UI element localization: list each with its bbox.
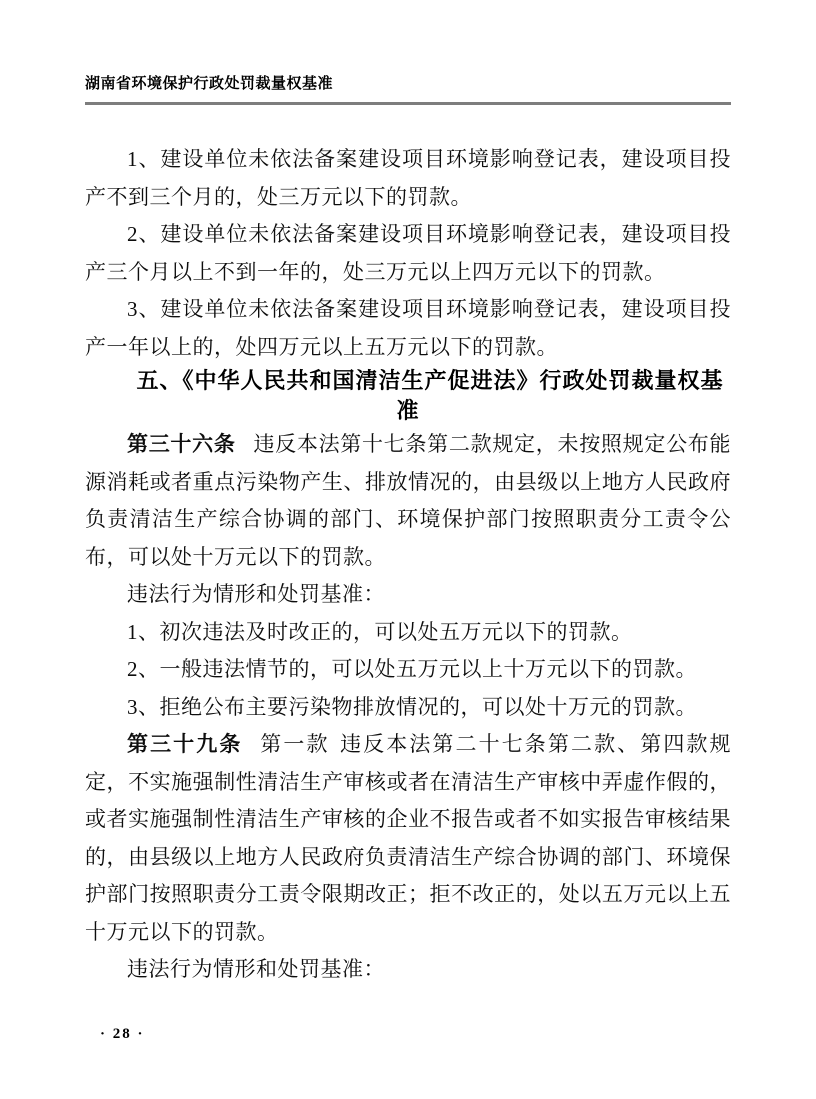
registration-item-1: 1、建设单位未依法备案建设项目环境影响登记表，建设项目投产不到三个月的，处三万元… [85, 141, 731, 216]
article-39-text: 违反本法第二十七条第二款、第四款规定，不实施强制性清洁生产审核或者在清洁生产审核… [85, 732, 731, 944]
article-39-criteria-label: 违法行为情形和处罚基准： [85, 951, 731, 989]
running-header: 湖南省环境保护行政处罚裁量权基准 [85, 0, 731, 105]
header-rule [85, 102, 731, 105]
article-39-paragraph: 第三十九条第一款违反本法第二十七条第二款、第四款规定，不实施强制性清洁生产审核或… [85, 726, 731, 951]
running-header-title: 湖南省环境保护行政处罚裁量权基准 [85, 76, 731, 92]
section-heading: 五、《中华人民共和国清洁生产促进法》行政处罚裁量权基准 [85, 366, 731, 426]
document-body: 1、建设单位未依法备案建设项目环境影响登记表，建设项目投产不到三个月的，处三万元… [85, 141, 731, 989]
registration-item-2: 2、建设单位未依法备案建设项目环境影响登记表，建设项目投产三个月以上不到一年的，… [85, 216, 731, 291]
article-39-clause: 第一款 [260, 732, 329, 756]
article-36-number: 第三十六条 [127, 433, 236, 456]
article-36-criteria-item-3: 3、拒绝公布主要污染物排放情况的，可以处十万元的罚款。 [85, 689, 731, 727]
article-36-paragraph: 第三十六条违反本法第十七条第二款规定，未按照规定公布能源消耗或者重点污染物产生、… [85, 426, 731, 576]
document-page: 湖南省环境保护行政处罚裁量权基准 1、建设单位未依法备案建设项目环境影响登记表，… [0, 0, 816, 1099]
article-36-criteria-item-1: 1、初次违法及时改正的，可以处五万元以下的罚款。 [85, 614, 731, 652]
registration-item-3: 3、建设单位未依法备案建设项目环境影响登记表，建设项目投产一年以上的，处四万元以… [85, 291, 731, 366]
page-content: 湖南省环境保护行政处罚裁量权基准 1、建设单位未依法备案建设项目环境影响登记表，… [85, 0, 731, 989]
article-36-criteria-label: 违法行为情形和处罚基准： [85, 576, 731, 614]
page-number: · 28 · [100, 1026, 145, 1043]
article-36-criteria-item-2: 2、一般违法情节的，可以处五万元以上十万元以下的罚款。 [85, 651, 731, 689]
article-39-number: 第三十九条 [127, 733, 242, 756]
